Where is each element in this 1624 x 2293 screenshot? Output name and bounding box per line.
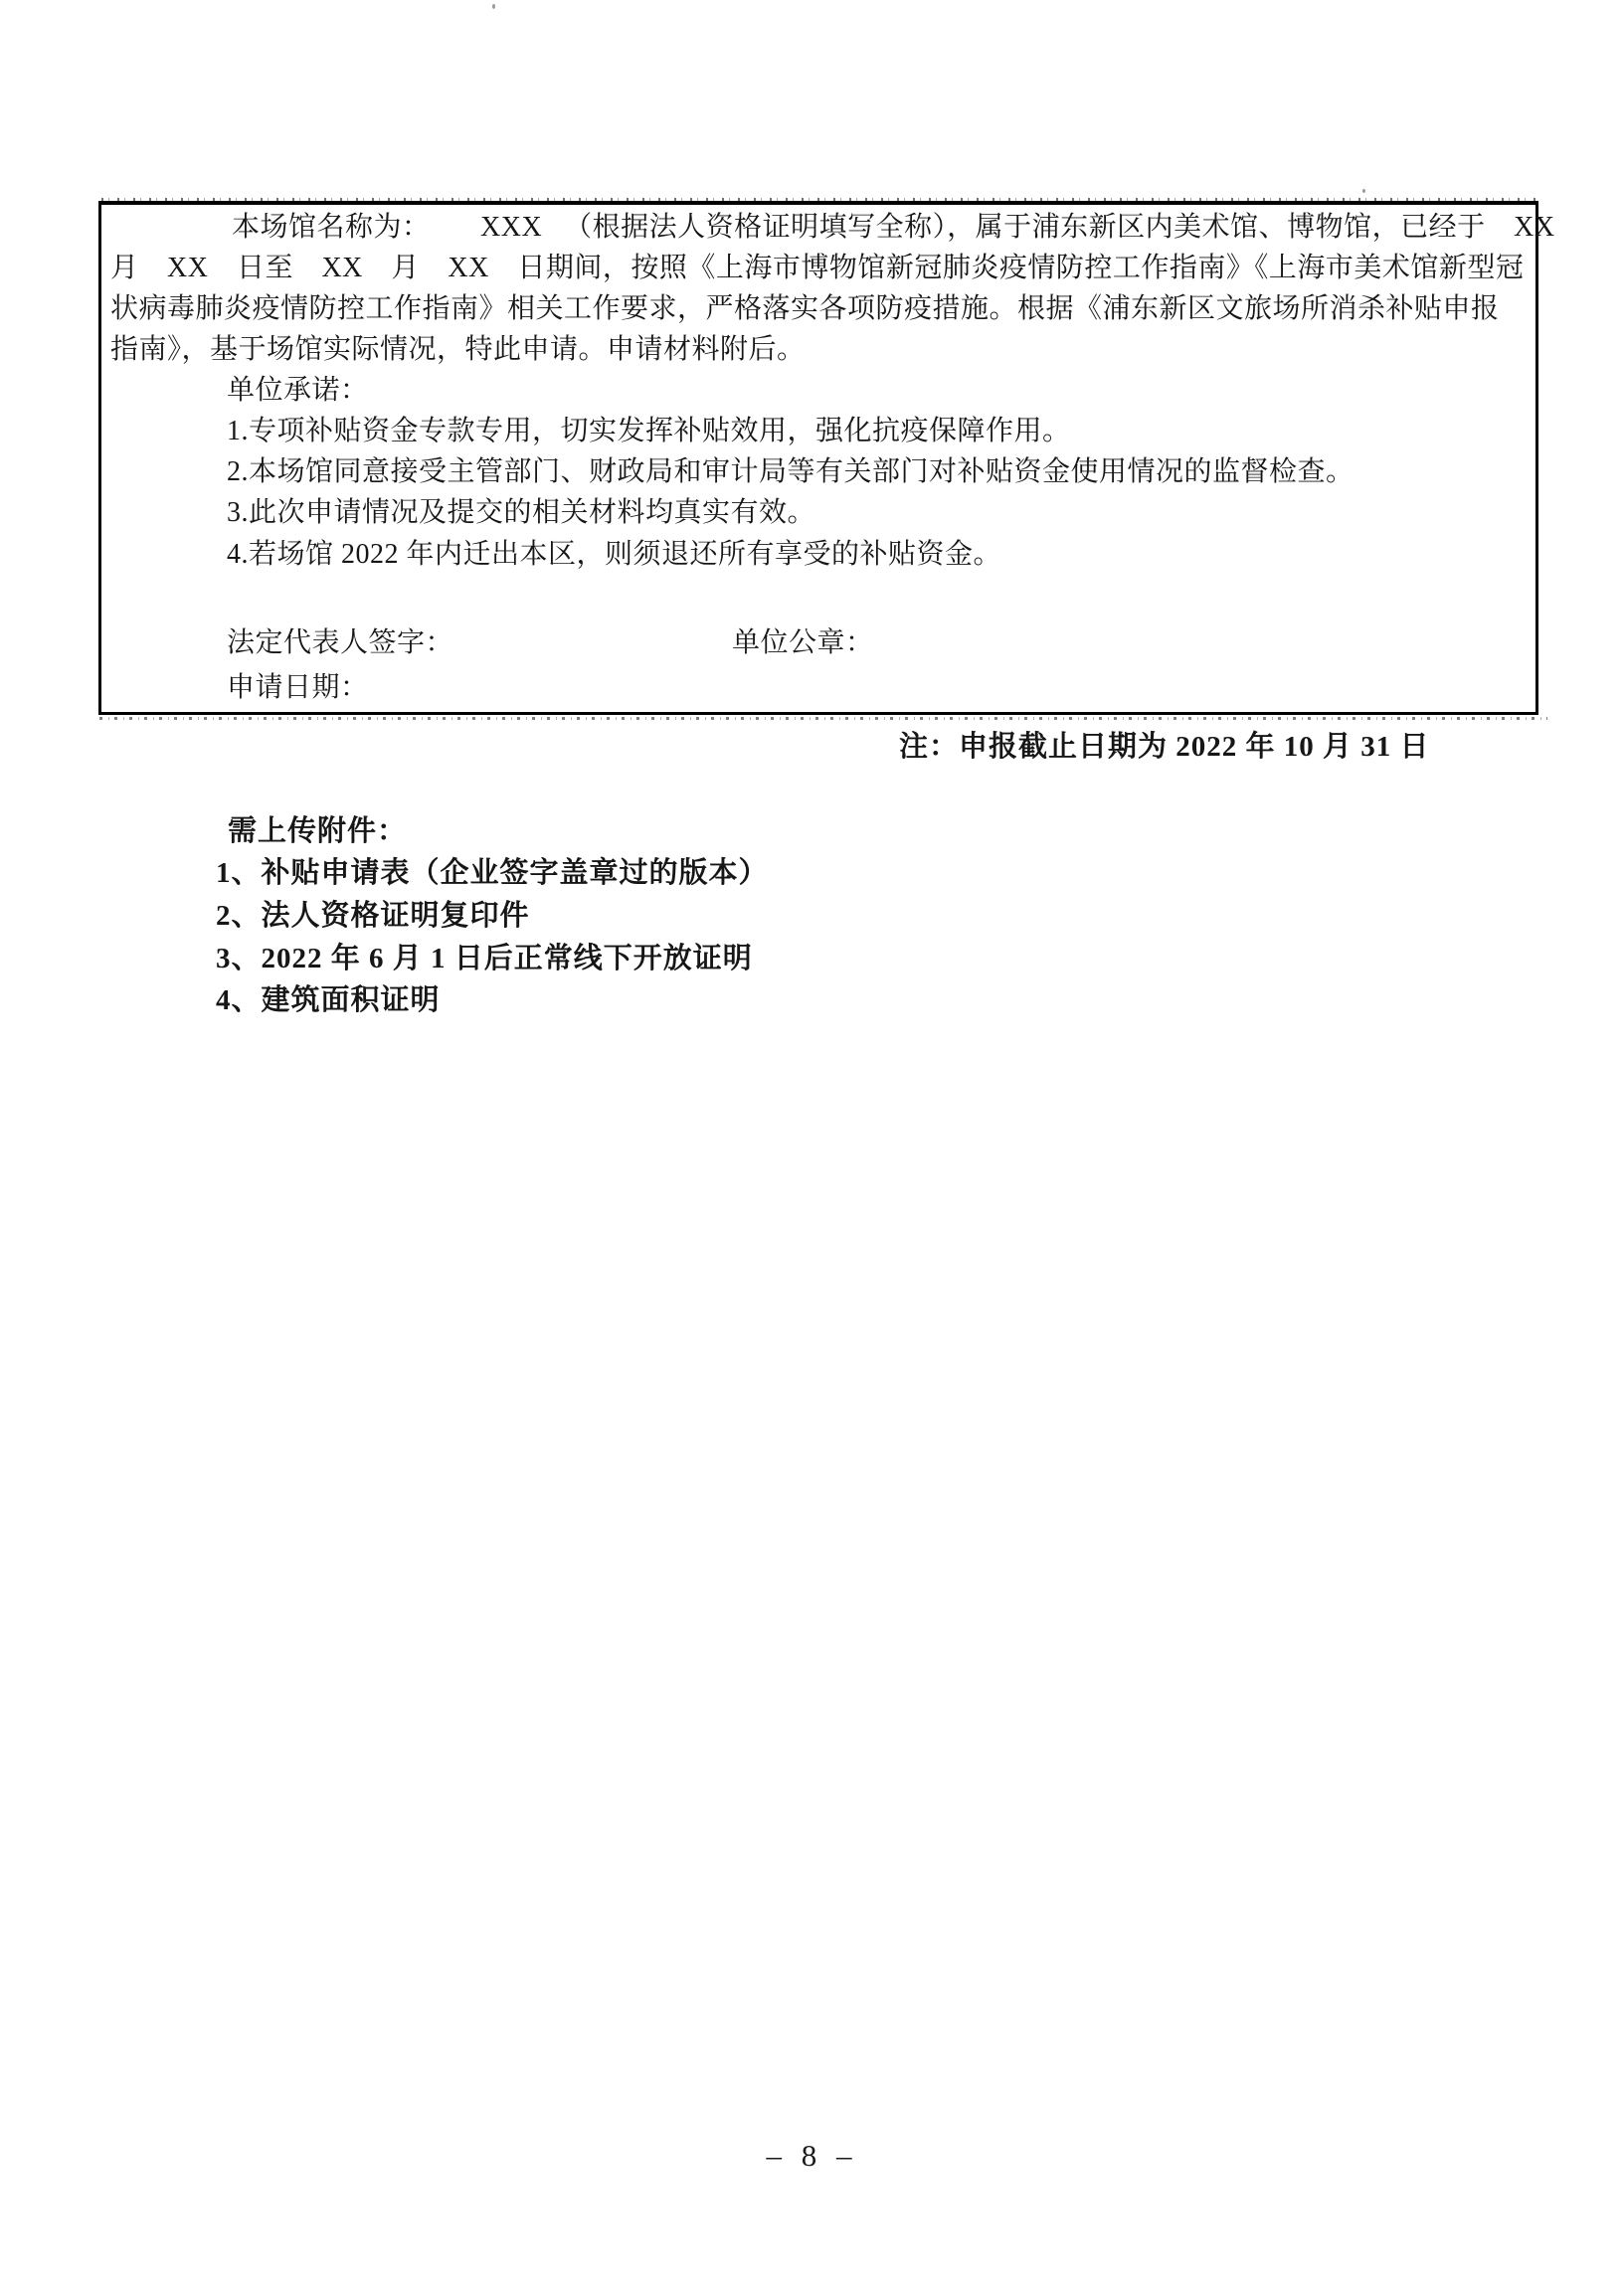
declaration-line-4: 指南》，基于场馆实际情况，特此申请。申请材料附后。	[110, 333, 806, 367]
scan-noise-top-border	[101, 198, 1535, 201]
commitment-item-1: 1.专项补贴资金专款专用，切实发挥补贴效用，强化抗疫保障作用。	[227, 415, 1071, 448]
scan-noise-bottom-border	[99, 717, 1547, 720]
declaration-line-2: 月 XX 日至 XX 月 XX 日期间，按照《上海市博物馆新冠肺炎疫情防控工作指…	[110, 252, 1524, 285]
attachment-item-1: 1、补贴申请表（企业签字盖章过的版本）	[216, 850, 769, 891]
attachments-heading: 需上传附件：	[228, 808, 407, 849]
attachment-item-2: 2、法人资格证明复印件	[216, 893, 530, 934]
deadline-note: 注：申报截止日期为 2022 年 10 月 31 日	[899, 724, 1430, 765]
declaration-line-3: 状病毒肺炎疫情防控工作指南》相关工作要求，严格落实各项防疫措施。根据《浦东新区文…	[110, 292, 1500, 326]
scan-speck	[1362, 189, 1365, 193]
commitment-item-4: 4.若场馆 2022 年内迁出本区，则须退还所有享受的补贴资金。	[227, 538, 1001, 572]
document-page: 本场馆名称为： XXX （根据法人资格证明填写全称），属于浦东新区内美术馆、博物…	[0, 0, 1624, 2293]
attachment-item-3: 3、2022 年 6 月 1 日后正常线下开放证明	[216, 936, 753, 976]
attachment-item-4: 4、建筑面积证明	[216, 977, 441, 1018]
page-number: – 8 –	[0, 2138, 1624, 2174]
application-date-label: 申请日期：	[227, 671, 369, 705]
declaration-box: 本场馆名称为： XXX （根据法人资格证明填写全称），属于浦东新区内美术馆、博物…	[98, 201, 1538, 715]
commitment-item-3: 3.此次申请情况及提交的相关材料均真实有效。	[227, 496, 815, 530]
commitment-heading: 单位承诺：	[227, 374, 369, 408]
declaration-line-1: 本场馆名称为： XXX （根据法人资格证明填写全称），属于浦东新区内美术馆、博物…	[232, 211, 1555, 245]
commitment-item-2: 2.本场馆同意接受主管部门、财政局和审计局等有关部门对补贴资金使用情况的监督检查…	[227, 455, 1354, 489]
legal-representative-signature-label: 法定代表人签字：	[227, 626, 453, 660]
scan-speck	[492, 4, 495, 9]
unit-seal-label: 单位公章：	[732, 626, 874, 660]
